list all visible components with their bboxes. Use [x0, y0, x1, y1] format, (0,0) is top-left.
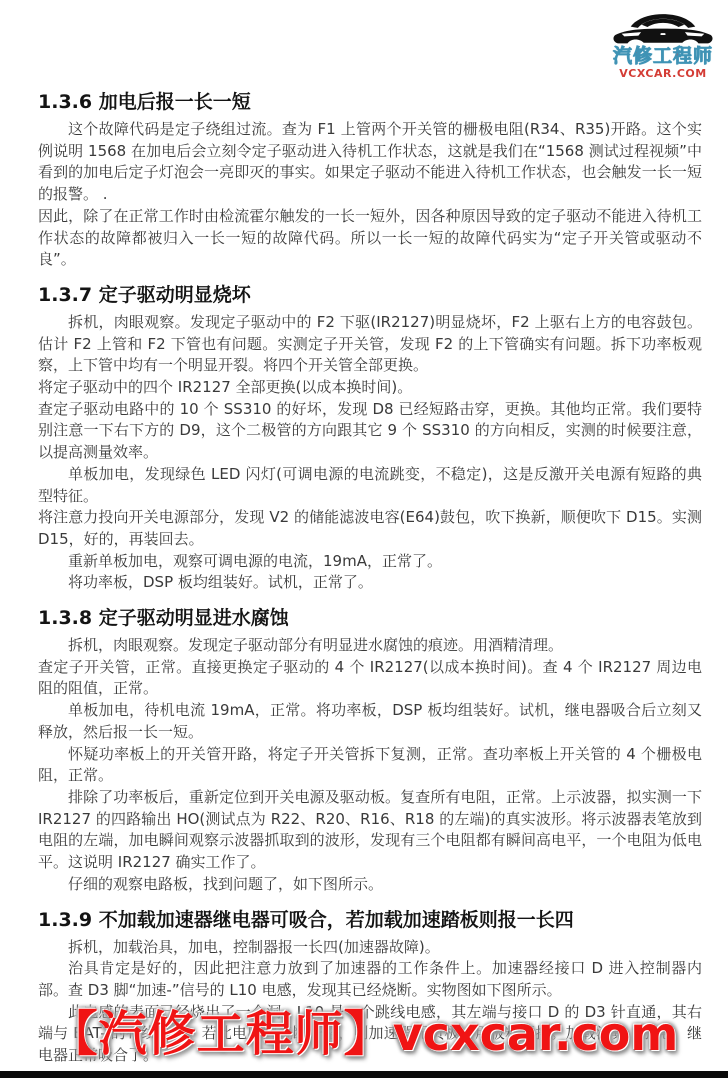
paragraph: 查定子驱动电路中的 10 个 SS310 的好坏，发现 D8 已经短路击穿，更换…: [38, 399, 702, 464]
paragraph: 因此，除了在正常工作时由检流霍尔触发的一长一短外，因各种原因导致的定子驱动不能进…: [38, 206, 702, 271]
paragraph: 拆机，肉眼观察。发现定子驱动部分有明显进水腐蚀的痕迹。用酒精清理。: [38, 635, 702, 657]
footer-watermark: 【汽修工程师】vcxcar.com: [0, 995, 728, 1064]
paragraph: 单板加电，发现绿色 LED 闪灯(可调电源的电流跳变，不稳定)，这是反激开关电源…: [38, 464, 702, 507]
paragraph: 这个故障代码是定子绕组过流。查为 F1 上管两个开关管的栅极电阻(R34、R35…: [38, 119, 702, 206]
brand-name: 汽修工程师: [600, 47, 726, 66]
paragraph: 将注意力投向开关电源部分，发现 V2 的储能滤波电容(E64)鼓包，吹下换新，顺…: [38, 507, 702, 550]
paragraph: 仔细的观察电路板，找到问题了，如下图所示。: [38, 874, 702, 896]
document-section: 1.3.6 加电后报一长一短这个故障代码是定子绕组过流。查为 F1 上管两个开关…: [38, 91, 702, 271]
paragraph: 拆机，肉眼观察。发现定子驱动中的 F2 下驱(IR2127)明显烧坏，F2 上驱…: [38, 312, 702, 377]
bottom-divider-bar: [0, 1071, 728, 1078]
paragraph: 将定子驱动中的四个 IR2127 全部更换(以成本换时间)。: [38, 377, 702, 399]
paragraph: 查定子开关管，正常。直接更换定子驱动的 4 个 IR2127(以成本换时间)。查…: [38, 657, 702, 700]
paragraph: 重新单板加电，观察可调电源的电流，19mA，正常了。: [38, 551, 702, 573]
brand-logo: 汽修工程师 VCXCAR.COM: [600, 6, 726, 79]
watermark-site-url: vcxcar.com: [393, 1007, 679, 1061]
document-section: 1.3.7 定子驱动明显烧坏拆机，肉眼观察。发现定子驱动中的 F2 下驱(IR2…: [38, 284, 702, 594]
document-page: 汽修工程师 VCXCAR.COM 1.3.6 加电后报一长一短这个故障代码是定子…: [0, 0, 728, 1080]
paragraph: 排除了功率板后，重新定位到开关电源及驱动板。复查所有电阻，正常。上示波器，拟实测…: [38, 787, 702, 874]
watermark-brand: 【汽修工程师】: [50, 1006, 393, 1062]
paragraph: 将功率板，DSP 板均组装好。试机，正常了。: [38, 572, 702, 594]
section-heading: 1.3.7 定子驱动明显烧坏: [38, 284, 702, 306]
brand-site-url: VCXCAR.COM: [600, 68, 726, 79]
paragraph: 怀疑功率板上的开关管开路，将定子开关管拆下复测，正常。查功率板上开关管的 4 个…: [38, 744, 702, 787]
section-heading: 1.3.9 不加载加速器继电器可吸合，若加载加速踏板则报一长四: [38, 909, 702, 931]
section-heading: 1.3.8 定子驱动明显进水腐蚀: [38, 607, 702, 629]
document-section: 1.3.8 定子驱动明显进水腐蚀拆机，肉眼观察。发现定子驱动部分有明显进水腐蚀的…: [38, 607, 702, 895]
car-icon: [604, 6, 722, 46]
paragraph: 拆机，加载治具，加电，控制器报一长四(加速器故障)。: [38, 937, 702, 959]
document-content: 1.3.6 加电后报一长一短这个故障代码是定子绕组过流。查为 F1 上管两个开关…: [38, 91, 702, 1067]
paragraph: 单板加电，待机电流 19mA，正常。将功率板，DSP 板均组装好。试机，继电器吸…: [38, 700, 702, 743]
section-heading: 1.3.6 加电后报一长一短: [38, 91, 702, 113]
